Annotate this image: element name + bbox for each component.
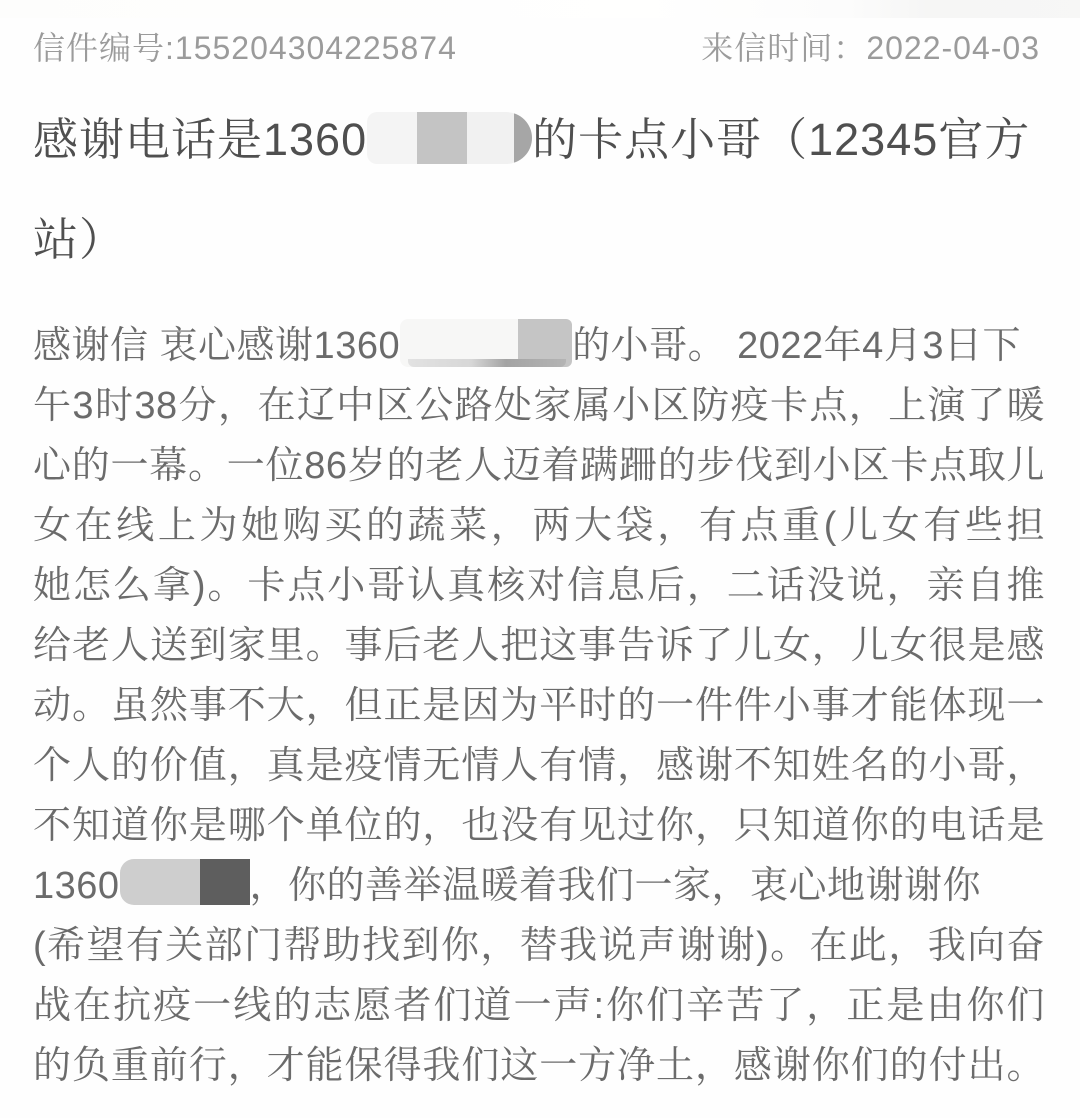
text-run: 战在抗疫一线的志愿者们道一声:你们辛苦了，正是由你们 [33, 985, 1045, 1027]
text-run: 午3时38分，在辽中区公路处家属小区防疫卡点，上演了暖 [33, 385, 1045, 427]
body-text-line: 给老人送到家里。事后老人把这事告诉了儿女，儿女很是感 [33, 616, 1045, 676]
text-run: 的负重前行，才能保得我们这一方净土，感谢你们的付出。 [33, 1045, 1045, 1087]
redacted-phone-number [367, 112, 532, 164]
body-text-line: 不知道你是哪个单位的，也没有见过你，只知道你的电话是 [33, 796, 1045, 856]
letter-date-label: 来信时间： [701, 30, 866, 66]
body-text-line: 女在线上为她购买的蔬菜，两大袋，有点重(儿女有些担心， [33, 496, 1045, 556]
body-text-line: 个人的价值，真是疫情无情人有情，感谢不知姓名的小哥， [33, 736, 1045, 796]
text-run: 心的一幕。一位86岁的老人迈着蹒跚的步伐到小区卡点取儿 [33, 445, 1045, 487]
body-text-line: 午3时38分，在辽中区公路处家属小区防疫卡点，上演了暖 [33, 376, 1045, 436]
body-text-line: 动。虽然事不大，但正是因为平时的一件件小事才能体现一 [33, 676, 1045, 736]
letter-page: 信件编号:155204304225874 来信时间：2022-04-03 感谢电… [0, 0, 1080, 1118]
text-run: 动。虽然事不大，但正是因为平时的一件件小事才能体现一 [33, 685, 1045, 727]
letter-date: 来信时间：2022-04-03 [701, 26, 1040, 70]
redaction-segment [417, 112, 467, 164]
redaction-segment [467, 112, 514, 164]
body-text-line: 1360，你的善举温暖着我们一家，衷心地谢谢你 [33, 856, 1045, 916]
redacted-phone-number [400, 319, 572, 367]
text-run: 给老人送到家里。事后老人把这事告诉了儿女，儿女很是感 [33, 625, 1045, 667]
letter-number-label: 信件编号: [33, 30, 175, 66]
text-run: 的小哥。 2022年4月3日下 [572, 325, 1021, 367]
text-run: (希望有关部门帮助找到你，替我说声谢谢)。在此，我向奋 [33, 925, 1045, 967]
text-run: 她怎么拿)。卡点小哥认真核对信息后，二话没说，亲自推车 [33, 565, 1045, 616]
redaction-segment [367, 112, 417, 164]
text-run: 个人的价值，真是疫情无情人有情，感谢不知姓名的小哥， [33, 745, 1045, 787]
letter-number: 信件编号:155204304225874 [33, 26, 457, 70]
letter-title: 感谢电话是1360的卡点小哥（12345官方网 站） [33, 90, 1045, 290]
body-text-line: 战在抗疫一线的志愿者们道一声:你们辛苦了，正是由你们 [33, 976, 1045, 1036]
text-run: 不知道你是哪个单位的，也没有见过你，只知道你的电话是 [33, 805, 1045, 847]
text-run: 女在线上为她购买的蔬菜，两大袋，有点重(儿女有些担心， [33, 505, 1045, 556]
body-text-line: 的负重前行，才能保得我们这一方净土，感谢你们的付出。 [33, 1036, 1045, 1096]
redaction-segment [120, 859, 200, 905]
body-text-line: 感谢信 衷心感谢1360的小哥。 2022年4月3日下 [33, 316, 1045, 376]
letter-title-line2: 站） [33, 190, 1045, 290]
letter-title-line1: 感谢电话是1360的卡点小哥（12345官方网 [33, 90, 1045, 190]
redaction-segment [200, 859, 250, 905]
text-run: 感谢电话是1360 [33, 114, 367, 165]
body-text-line: (希望有关部门帮助找到你，替我说声谢谢)。在此，我向奋 [33, 916, 1045, 976]
redacted-phone-number [120, 859, 250, 905]
letter-body: 感谢信 衷心感谢1360的小哥。 2022年4月3日下午3时38分，在辽中区公路… [33, 316, 1045, 1096]
body-text-line: 她怎么拿)。卡点小哥认真核对信息后，二话没说，亲自推车 [33, 556, 1045, 616]
letter-number-value: 155204304225874 [175, 30, 457, 66]
redaction-segment [514, 112, 532, 164]
cropped-top-artifact [0, 0, 1080, 18]
body-text-line: 心的一幕。一位86岁的老人迈着蹒跚的步伐到小区卡点取儿 [33, 436, 1045, 496]
text-run: ，你的善举温暖着我们一家，衷心地谢谢你 [250, 865, 982, 907]
text-run: 1360 [33, 865, 120, 907]
text-run: 感谢信 衷心感谢1360 [33, 325, 400, 367]
letter-date-value: 2022-04-03 [866, 30, 1040, 66]
redaction-smear [408, 359, 566, 367]
